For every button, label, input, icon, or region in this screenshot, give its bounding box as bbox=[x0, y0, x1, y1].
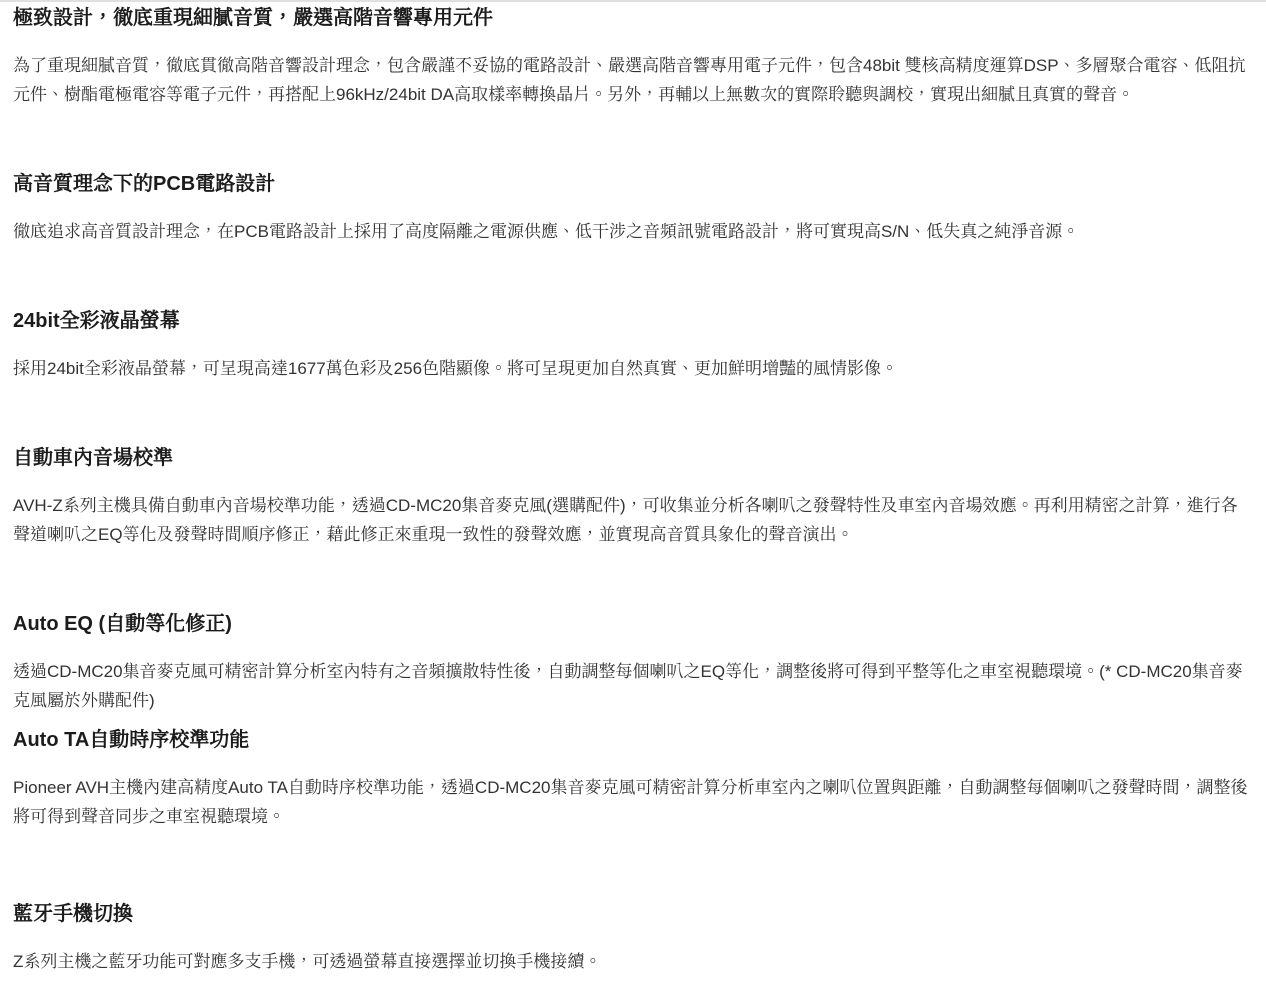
section-body-auto-ta: Pioneer AVH主機內建高精度Auto TA自動時序校準功能，透過CD-M… bbox=[13, 773, 1253, 831]
section-heading-24bit-lcd: 24bit全彩液晶螢幕 bbox=[13, 306, 1253, 336]
section-heading-auto-eq: Auto EQ (自動等化修正) bbox=[13, 609, 1253, 639]
section-heading-premium-design: 極致設計，徹底重現細膩音質，嚴選高階音響專用元件 bbox=[13, 3, 1253, 33]
section-premium-design: 極致設計，徹底重現細膩音質，嚴選高階音響專用元件 為了重現細膩音質，徹底貫徹高階… bbox=[13, 3, 1253, 109]
section-auto-ta: Auto TA自動時序校準功能 Pioneer AVH主機內建高精度Auto T… bbox=[13, 725, 1253, 831]
section-body-premium-design: 為了重現細膩音質，徹底貫徹高階音響設計理念，包含嚴謹不妥協的電路設計、嚴選高階音… bbox=[13, 51, 1253, 109]
section-bluetooth-phone-switch: 藍牙手機切換 Z系列主機之藍牙功能可對應多支手機，可透過螢幕直接選擇並切換手機接… bbox=[13, 899, 1253, 976]
section-body-auto-sound-field-calibration: AVH-Z系列主機具備自動車內音場校準功能，透過CD-MC20集音麥克風(選購配… bbox=[13, 491, 1253, 549]
section-heading-bluetooth-phone-switch: 藍牙手機切換 bbox=[13, 899, 1253, 929]
section-body-bluetooth-phone-switch: Z系列主機之藍牙功能可對應多支手機，可透過螢幕直接選擇並切換手機接續。 bbox=[13, 947, 1253, 976]
section-body-auto-eq: 透過CD-MC20集音麥克風可精密計算分析室內特有之音頻擴散特性後，自動調整每個… bbox=[13, 657, 1253, 715]
section-24bit-lcd: 24bit全彩液晶螢幕 採用24bit全彩液晶螢幕，可呈現高達1677萬色彩及2… bbox=[13, 306, 1253, 383]
product-feature-page: 極致設計，徹底重現細膩音質，嚴選高階音響專用元件 為了重現細膩音質，徹底貫徹高階… bbox=[0, 0, 1266, 1002]
section-heading-pcb-circuit-design: 高音質理念下的PCB電路設計 bbox=[13, 169, 1253, 199]
section-auto-eq: Auto EQ (自動等化修正) 透過CD-MC20集音麥克風可精密計算分析室內… bbox=[13, 609, 1253, 715]
section-pcb-circuit-design: 高音質理念下的PCB電路設計 徹底追求高音質設計理念，在PCB電路設計上採用了高… bbox=[13, 169, 1253, 246]
section-heading-auto-sound-field-calibration: 自動車內音場校準 bbox=[13, 443, 1253, 473]
section-auto-sound-field-calibration: 自動車內音場校準 AVH-Z系列主機具備自動車內音場校準功能，透過CD-MC20… bbox=[13, 443, 1253, 549]
section-body-pcb-circuit-design: 徹底追求高音質設計理念，在PCB電路設計上採用了高度隔離之電源供應、低干涉之音頻… bbox=[13, 217, 1253, 246]
section-heading-auto-ta: Auto TA自動時序校準功能 bbox=[13, 725, 1253, 755]
section-body-24bit-lcd: 採用24bit全彩液晶螢幕，可呈現高達1677萬色彩及256色階顯像。將可呈現更… bbox=[13, 354, 1253, 383]
